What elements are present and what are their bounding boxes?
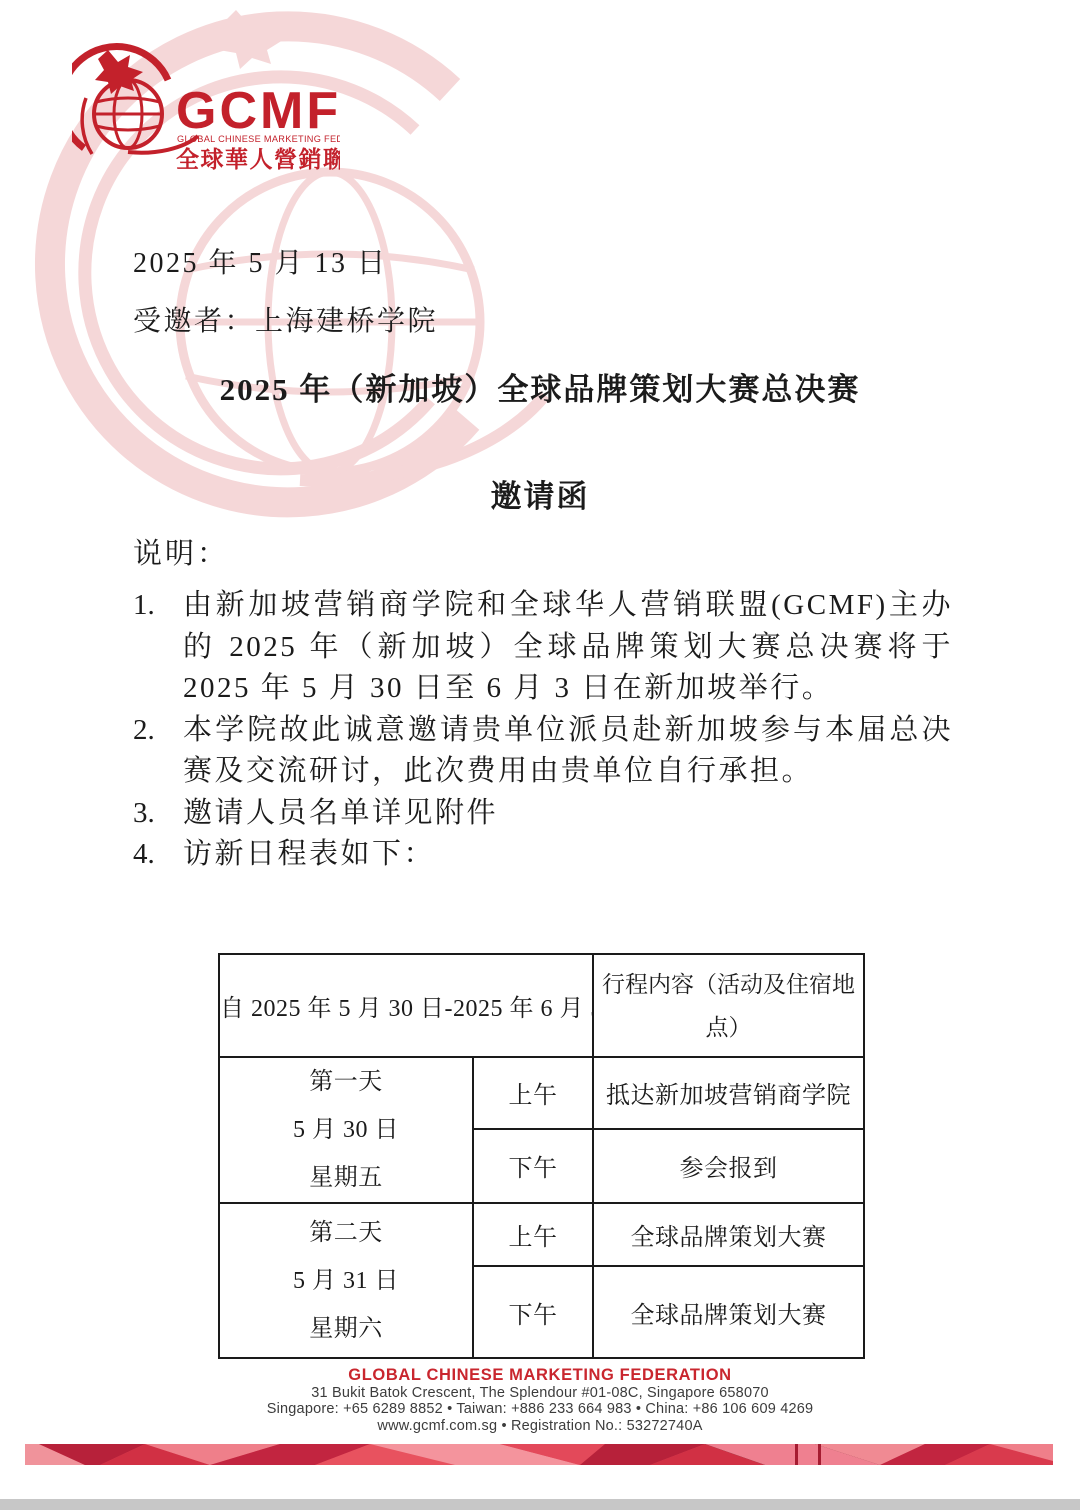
period-cell: 上午 (473, 1203, 593, 1266)
day-cell: 第一天 5 月 30 日 星期五 (219, 1057, 473, 1203)
page-edge-strip (0, 1499, 1080, 1510)
item-number: 1. (133, 585, 183, 710)
day-weekday: 星期五 (220, 1154, 472, 1202)
day-date: 5 月 30 日 (220, 1106, 472, 1154)
period-cell: 下午 (473, 1266, 593, 1358)
footer: GLOBAL CHINESE MARKETING FEDERATION 31 B… (0, 1366, 1080, 1434)
logo-chinese-name: 全球華人營銷聯盟 (176, 146, 340, 172)
day-name: 第二天 (220, 1209, 472, 1257)
period-cell: 上午 (473, 1057, 593, 1129)
item-text: 由新加坡营销商学院和全球华人营销联盟(GCMF)主办的 2025 年（新加坡）全… (183, 585, 953, 710)
item-text: 访新日程表如下： (183, 834, 953, 876)
intro-label: 说明： (133, 531, 229, 572)
item-number: 2. (133, 710, 183, 793)
letter-recipient: 受邀者：上海建桥学院 (133, 305, 438, 339)
logo-full-name: GLOBAL CHINESE MARKETING FEDERATION (177, 134, 340, 144)
letter-subtitle: 邀请函 (0, 471, 1080, 516)
item-number: 3. (133, 793, 183, 835)
activity-cell: 抵达新加坡营销商学院 (593, 1057, 864, 1129)
invitation-list: 1. 由新加坡营销商学院和全球华人营销联盟(GCMF)主办的 2025 年（新加… (133, 585, 953, 876)
day-date: 5 月 31 日 (220, 1257, 472, 1305)
logo-acronym: GCMF (176, 82, 340, 140)
list-item: 4. 访新日程表如下： (133, 834, 953, 876)
letter-date: 2025 年 5 月 13 日 (133, 247, 388, 281)
footer-web-registration: www.gcmf.com.sg • Registration No.: 5327… (0, 1418, 1080, 1434)
footer-org-name: GLOBAL CHINESE MARKETING FEDERATION (0, 1366, 1080, 1385)
period-cell: 下午 (473, 1129, 593, 1203)
gcmf-logo: GCMF GLOBAL CHINESE MARKETING FEDERATION… (72, 36, 340, 176)
item-text: 本学院故此诚意邀请贵单位派员赴新加坡参与本届总决赛及交流研讨，此次费用由贵单位自… (183, 710, 953, 793)
item-number: 4. (133, 834, 183, 876)
footer-address: 31 Bukit Batok Crescent, The Splendour #… (0, 1385, 1080, 1401)
document-page: GCMF GLOBAL CHINESE MARKETING FEDERATION… (0, 0, 1080, 1510)
footer-phones: Singapore: +65 6289 8852 • Taiwan: +886 … (0, 1401, 1080, 1417)
schedule-table: 自 2025 年 5 月 30 日-2025 年 6 月 3 日 行程内容（活动… (218, 953, 865, 1359)
table-header-date-range: 自 2025 年 5 月 30 日-2025 年 6 月 3 日 (219, 954, 593, 1057)
list-item: 3. 邀请人员名单详见附件 (133, 793, 953, 835)
activity-cell: 全球品牌策划大赛 (593, 1203, 864, 1266)
list-item: 1. 由新加坡营销商学院和全球华人营销联盟(GCMF)主办的 2025 年（新加… (133, 585, 953, 710)
bottom-accent-band (25, 1444, 1053, 1465)
activity-cell: 参会报到 (593, 1129, 864, 1203)
activity-cell: 全球品牌策划大赛 (593, 1266, 864, 1358)
letter-title: 2025 年（新加坡）全球品牌策划大赛总决赛 (0, 364, 1080, 409)
list-item: 2. 本学院故此诚意邀请贵单位派员赴新加坡参与本届总决赛及交流研讨，此次费用由贵… (133, 710, 953, 793)
day-cell: 第二天 5 月 31 日 星期六 (219, 1203, 473, 1358)
day-name: 第一天 (220, 1058, 472, 1106)
day-weekday: 星期六 (220, 1305, 472, 1353)
table-header-content: 行程内容（活动及住宿地点） (593, 954, 864, 1057)
item-text: 邀请人员名单详见附件 (183, 793, 953, 835)
